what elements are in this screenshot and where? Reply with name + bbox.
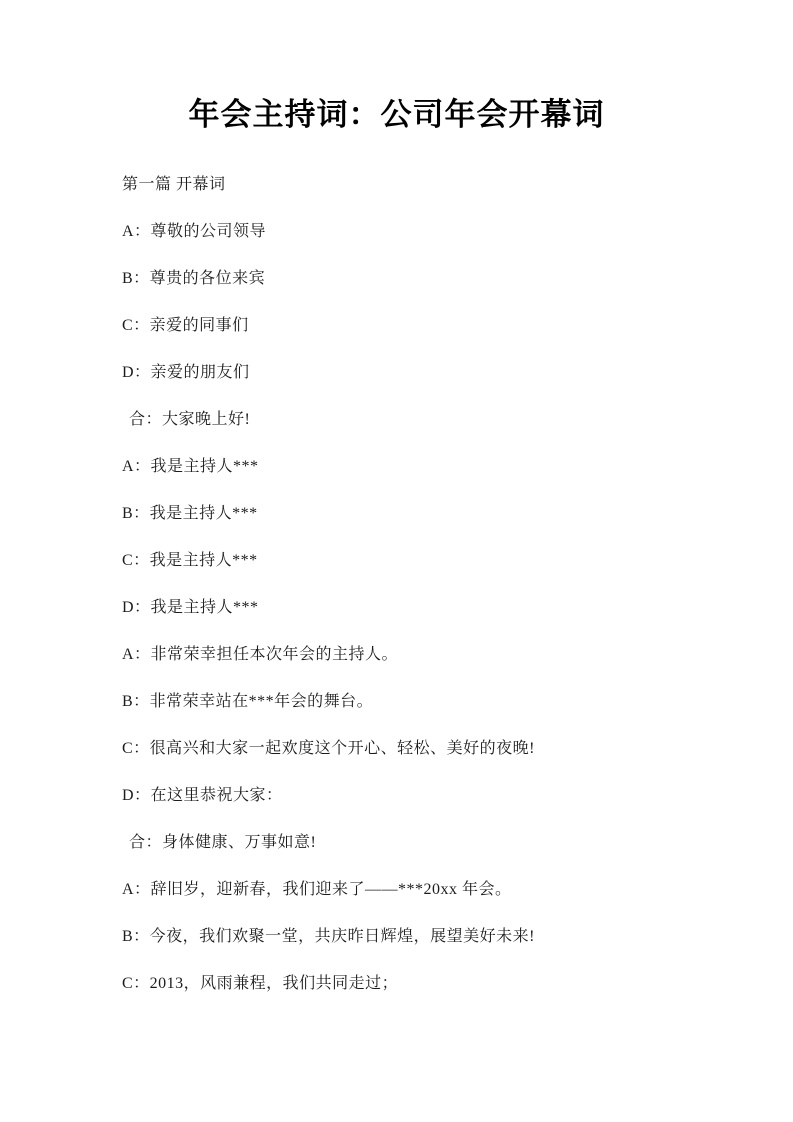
paragraph-line-c: C：亲爱的同事们 — [122, 317, 713, 334]
paragraph-line-a: A：非常荣幸担任本次年会的主持人。 — [122, 646, 713, 663]
paragraph-line-b: B：尊贵的各位来宾 — [122, 270, 713, 287]
paragraph-line-a: A：尊敬的公司领导 — [122, 223, 713, 240]
paragraph-line-a: A：辞旧岁，迎新春，我们迎来了——***20xx 年会。 — [122, 881, 713, 898]
paragraph-line-c: C：我是主持人*** — [122, 552, 713, 569]
paragraph-line-a: A：我是主持人*** — [122, 458, 713, 475]
document-body: 第一篇 开幕词 A：尊敬的公司领导 B：尊贵的各位来宾 C：亲爱的同事们 D：亲… — [0, 176, 793, 992]
paragraph-line-chorus: 合：身体健康、万事如意! — [122, 834, 713, 851]
paragraph-line-d: D：我是主持人*** — [122, 599, 713, 616]
document-page: 年会主持词：公司年会开幕词 第一篇 开幕词 A：尊敬的公司领导 B：尊贵的各位来… — [0, 0, 793, 1122]
paragraph-line-b: B：我是主持人*** — [122, 505, 713, 522]
paragraph-line-b: B：今夜，我们欢聚一堂，共庆昨日辉煌，展望美好未来! — [122, 928, 713, 945]
paragraph-line-c: C：很高兴和大家一起欢度这个开心、轻松、美好的夜晚! — [122, 740, 713, 757]
paragraph-line-c: C：2013，风雨兼程，我们共同走过； — [122, 975, 713, 992]
document-title: 年会主持词：公司年会开幕词 — [60, 96, 733, 133]
section-heading: 第一篇 开幕词 — [122, 176, 713, 193]
paragraph-line-d: D：亲爱的朋友们 — [122, 364, 713, 381]
paragraph-line-d: D：在这里恭祝大家： — [122, 787, 713, 804]
paragraph-line-b: B：非常荣幸站在***年会的舞台。 — [122, 693, 713, 710]
paragraph-line-chorus: 合：大家晚上好! — [122, 411, 713, 428]
